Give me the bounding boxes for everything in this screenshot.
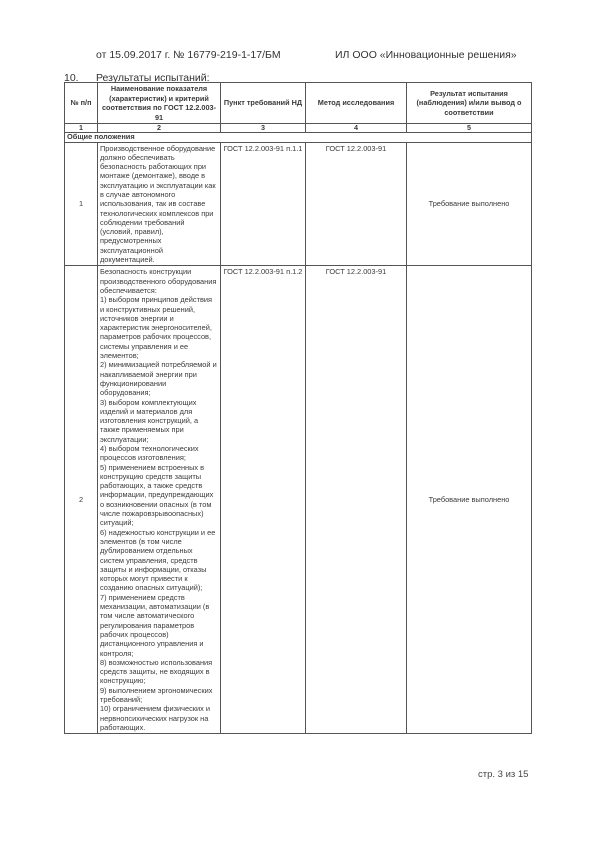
row-name: Безопасность конструкции производственно… — [98, 266, 221, 734]
table-header-row: № п/п Наименование показателя (характери… — [65, 83, 532, 124]
col-number: 3 — [221, 124, 306, 133]
row-num: 1 — [65, 142, 98, 266]
group-title: Общие положения — [65, 133, 532, 143]
col-header-result: Результат испытания (наблюдения) и/или в… — [407, 83, 532, 124]
page-number: стр. 3 из 15 — [478, 769, 528, 780]
row-result: Требование выполнено — [407, 266, 532, 734]
test-results-table: № п/п Наименование показателя (характери… — [64, 82, 532, 734]
row-clause: ГОСТ 12.2.003-91 п.1.1 — [221, 142, 306, 266]
lab-name: ИЛ ООО «Инновационные решения» — [335, 49, 517, 61]
col-number: 4 — [306, 124, 407, 133]
row-clause: ГОСТ 12.2.003-91 п.1.2 — [221, 266, 306, 734]
table-row: 2 Безопасность конструкции производствен… — [65, 266, 532, 734]
row-result: Требование выполнено — [407, 142, 532, 266]
row-name: Производственное оборудование должно обе… — [98, 142, 221, 266]
col-header-clause: Пункт требований НД — [221, 83, 306, 124]
col-header-name: Наименование показателя (характеристик) … — [98, 83, 221, 124]
col-header-method: Метод исследования — [306, 83, 407, 124]
table-row: 1 Производственное оборудование должно о… — [65, 142, 532, 266]
row-method: ГОСТ 12.2.003-91 — [306, 142, 407, 266]
col-header-num: № п/п — [65, 83, 98, 124]
row-method: ГОСТ 12.2.003-91 — [306, 266, 407, 734]
group-row: Общие положения — [65, 133, 532, 143]
protocol-date-number: от 15.09.2017 г. № 16779-219-1-17/БМ — [96, 49, 281, 61]
row-num: 2 — [65, 266, 98, 734]
col-number: 5 — [407, 124, 532, 133]
